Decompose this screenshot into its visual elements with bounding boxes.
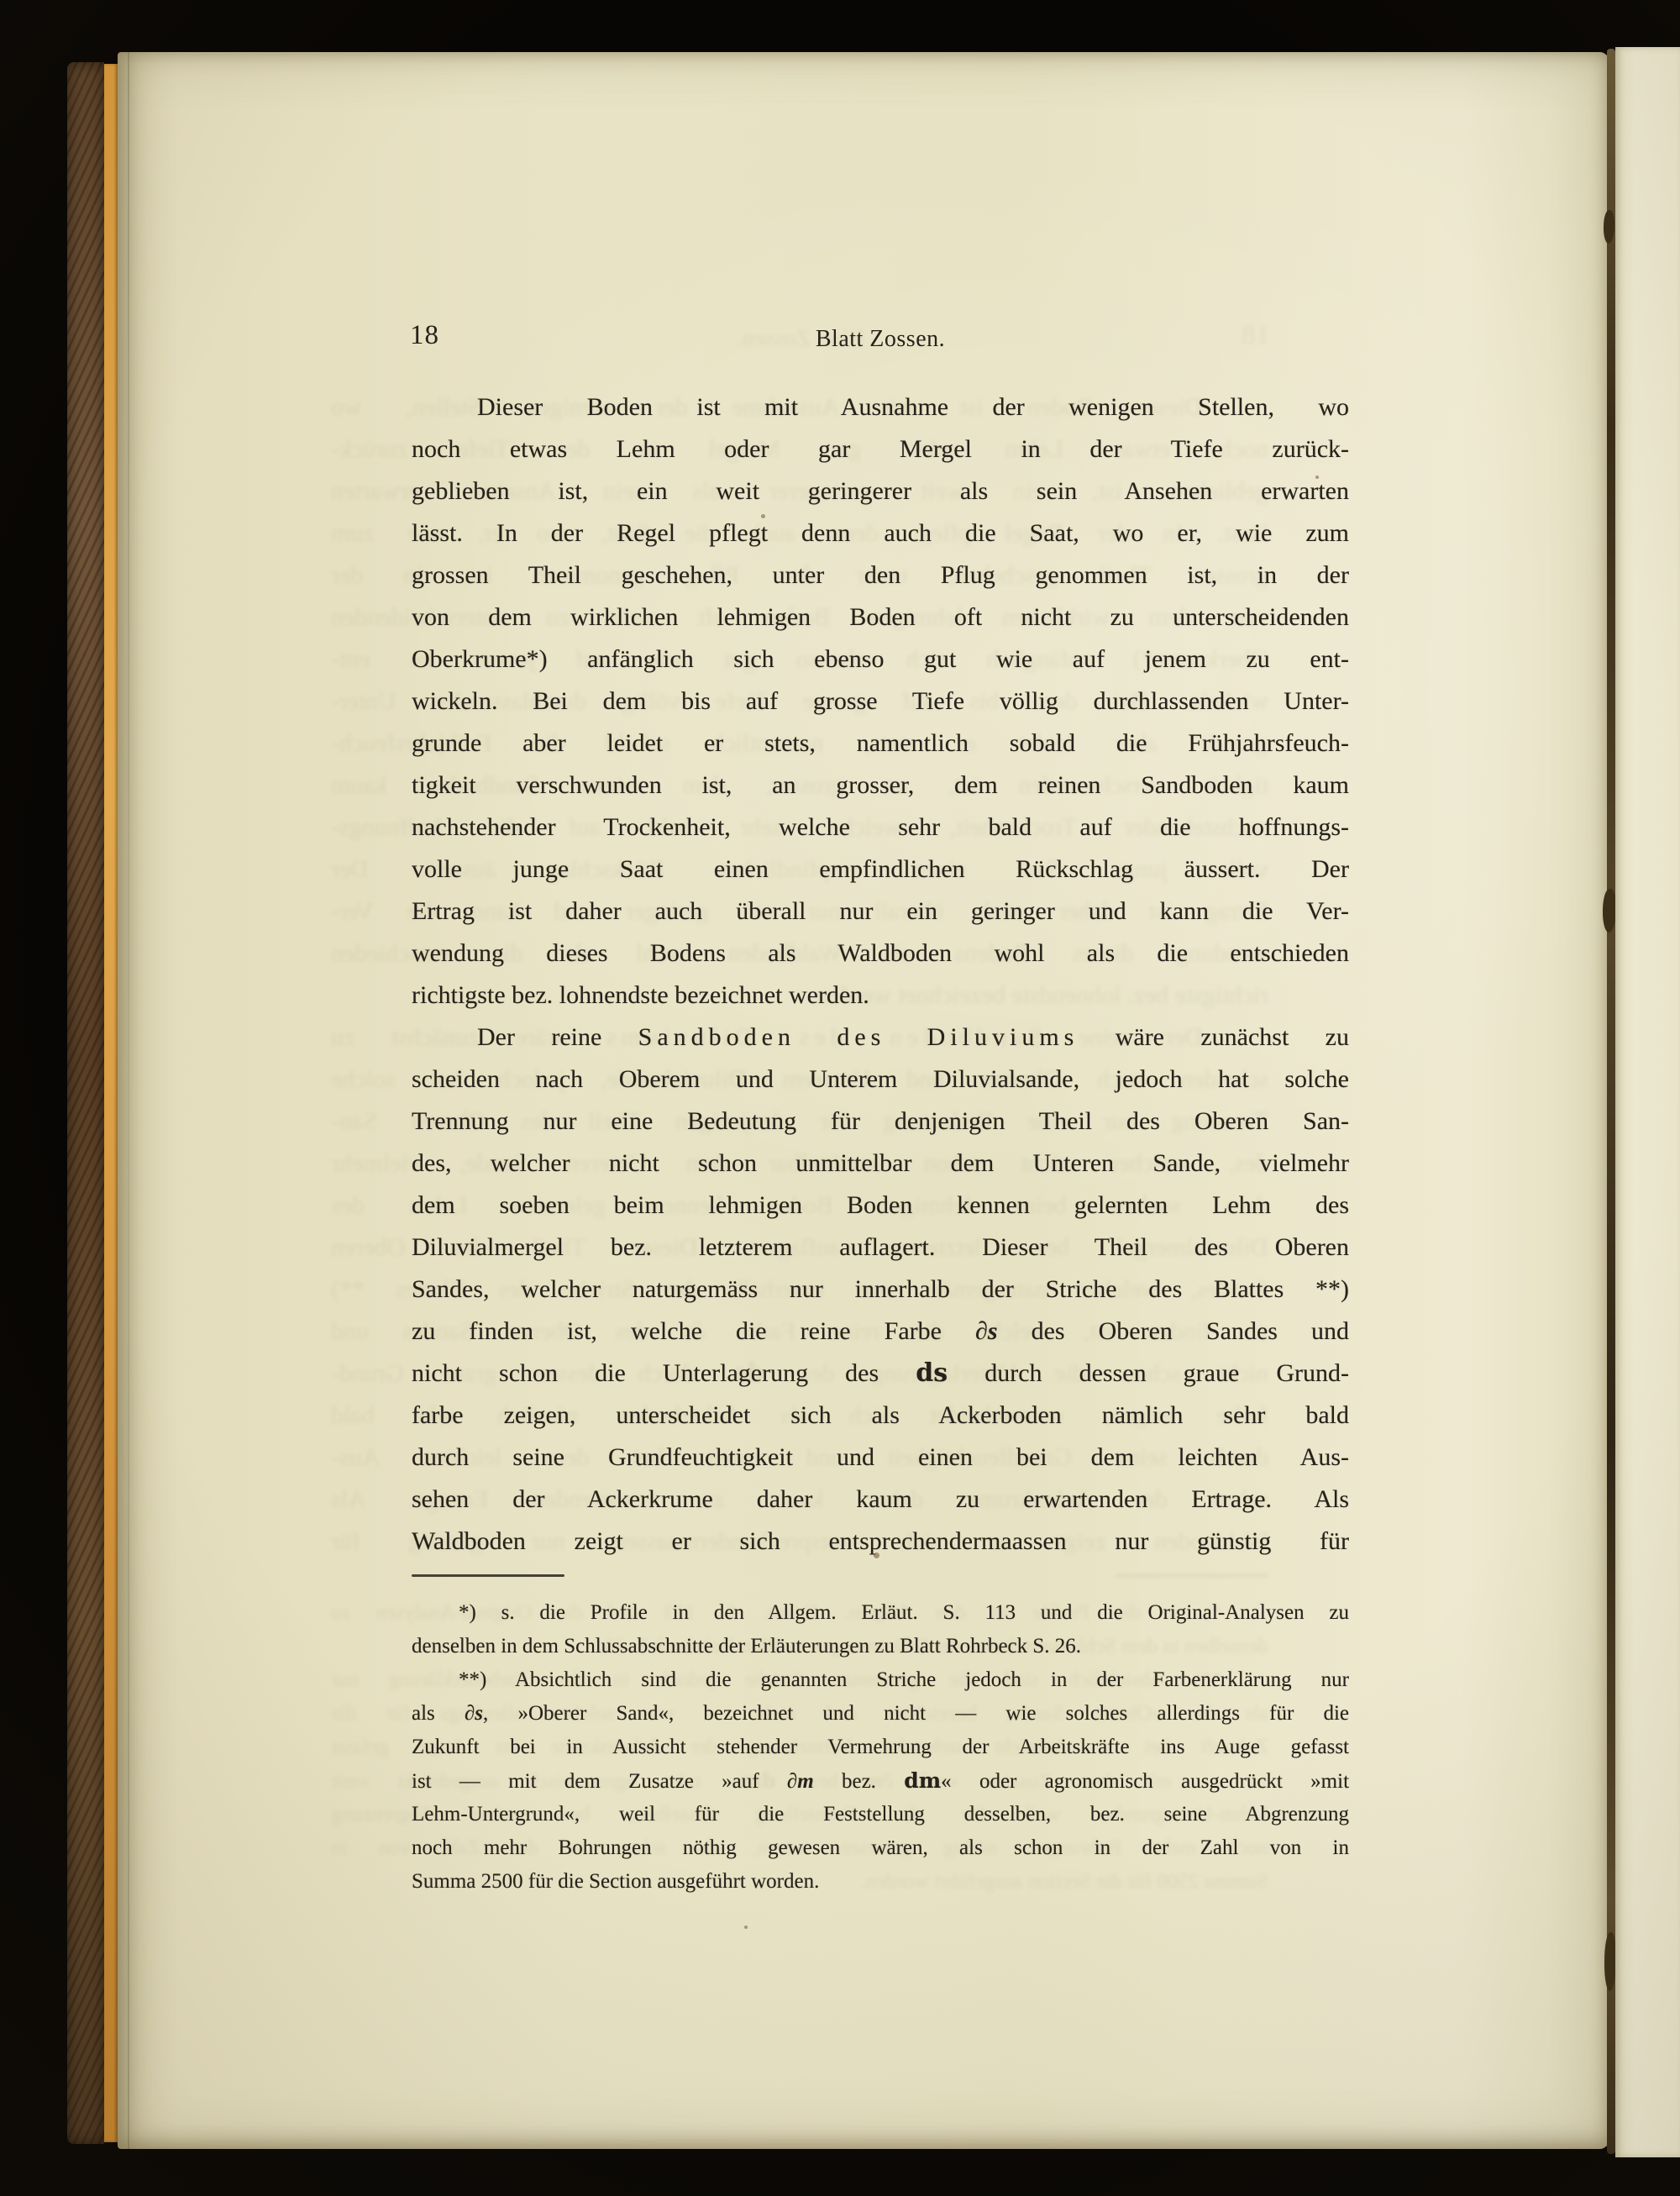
body-text-line: Ertrag ist daher auch überall nur ein ge… <box>412 890 1349 933</box>
body-text-line: wickeln. Bei dem bis auf grosse Tiefe vö… <box>412 680 1349 722</box>
body-text-line: richtigste bez. lohnendste bezeichnet we… <box>412 975 1349 1017</box>
footnotes: *) s. die Profile in den Allgem. Erläut.… <box>412 1596 1349 1899</box>
body-text-line: farbe zeigen, unterscheidet sich als Ack… <box>412 1395 1349 1437</box>
running-title: Blatt Zossen. <box>412 326 1349 353</box>
body-text-line: volle junge Saat einen empfindlichen Rüc… <box>412 848 1349 890</box>
footnote-text-line: denselben in dem Schlussabschnitte der E… <box>412 1630 1349 1663</box>
book-scan: { "page": { "number": "18", "running_tit… <box>0 0 1680 2196</box>
body-text-line: noch etwas Lehm oder gar Mergel in der T… <box>412 428 1349 470</box>
body-text-line: grossen Theil geschehen, unter den Pflug… <box>412 554 1349 596</box>
footnote-text-line: Lehm-Untergrund«, weil für die Feststell… <box>412 1798 1349 1831</box>
body-text-line: Trennung nur eine Bedeutung für denjenig… <box>412 1101 1349 1143</box>
body-text-line: zu finden ist, welche die reine Farbe ∂s… <box>412 1311 1349 1353</box>
body-text-line: Oberkrume*) anfänglich sich ebenso gut w… <box>412 638 1349 680</box>
body-text-line: sehen der Ackerkrume daher kaum zu erwar… <box>412 1479 1349 1521</box>
body-text-line: dem soeben beim lehmigen Boden kennen ge… <box>412 1185 1349 1227</box>
body-text-line: lässt. In der Regel pflegt denn auch die… <box>412 512 1349 554</box>
body-text-line: Diluvialmergel bez. letzterem auflagert.… <box>412 1227 1349 1269</box>
body-text-line: Waldboden zeigt er sich entsprechenderma… <box>412 1521 1349 1563</box>
body-text-line: des, welcher nicht schon unmittelbar dem… <box>412 1143 1349 1185</box>
body-text-line: Sandes, welcher naturgemäss nur innerhal… <box>412 1269 1349 1311</box>
body-text-line: grunde aber leidet er stets, namentlich … <box>412 722 1349 764</box>
body-text-line: wendung dieses Bodens als Waldboden wohl… <box>412 933 1349 975</box>
body-text-line: von dem wirklichen lehmigen Boden oft ni… <box>412 596 1349 638</box>
body-text-line: tigkeit verschwunden ist, an grosser, de… <box>412 764 1349 806</box>
footnote-text-line: noch mehr Bohrungen nöthig gewesen wären… <box>412 1831 1349 1865</box>
body-text-line: geblieben ist, ein weit geringerer als s… <box>412 470 1349 512</box>
footnote-text-line: ist — mit dem Zusatze »auf ∂m bez. dm« o… <box>412 1764 1349 1798</box>
footnote-text-line: Zukunft bei in Aussicht stehender Vermeh… <box>412 1731 1349 1764</box>
footnote-text-line: Summa 2500 für die Section ausgeführt wo… <box>412 1865 1349 1899</box>
footnote-text-line: **) Absichtlich sind die genannten Stric… <box>412 1663 1349 1697</box>
body-text-line: nachstehender Trockenheit, welche sehr b… <box>412 806 1349 848</box>
body-text-line: Dieser Boden ist mit Ausnahme der wenige… <box>412 386 1349 428</box>
body-text-line: durch seine Grundfeuchtigkeit und einen … <box>412 1437 1349 1479</box>
body-text-line: scheiden nach Oberem und Unterem Diluvia… <box>412 1059 1349 1101</box>
footnote-text-line: *) s. die Profile in den Allgem. Erläut.… <box>412 1596 1349 1630</box>
footnote-separator-rule <box>412 1574 564 1577</box>
footnote-text-line: als ∂s, »Oberer Sand«, bezeichnet und ni… <box>412 1697 1349 1731</box>
body-text-line: Der reine Sandboden des Diluviums wäre z… <box>412 1017 1349 1059</box>
body-text-line: nicht schon die Unterlagerung des ds dur… <box>412 1353 1349 1395</box>
printed-text-layer: 18 Blatt Zossen. Dieser Boden ist mit Au… <box>0 0 1680 2196</box>
body-text: Dieser Boden ist mit Ausnahme der wenige… <box>412 386 1349 1563</box>
